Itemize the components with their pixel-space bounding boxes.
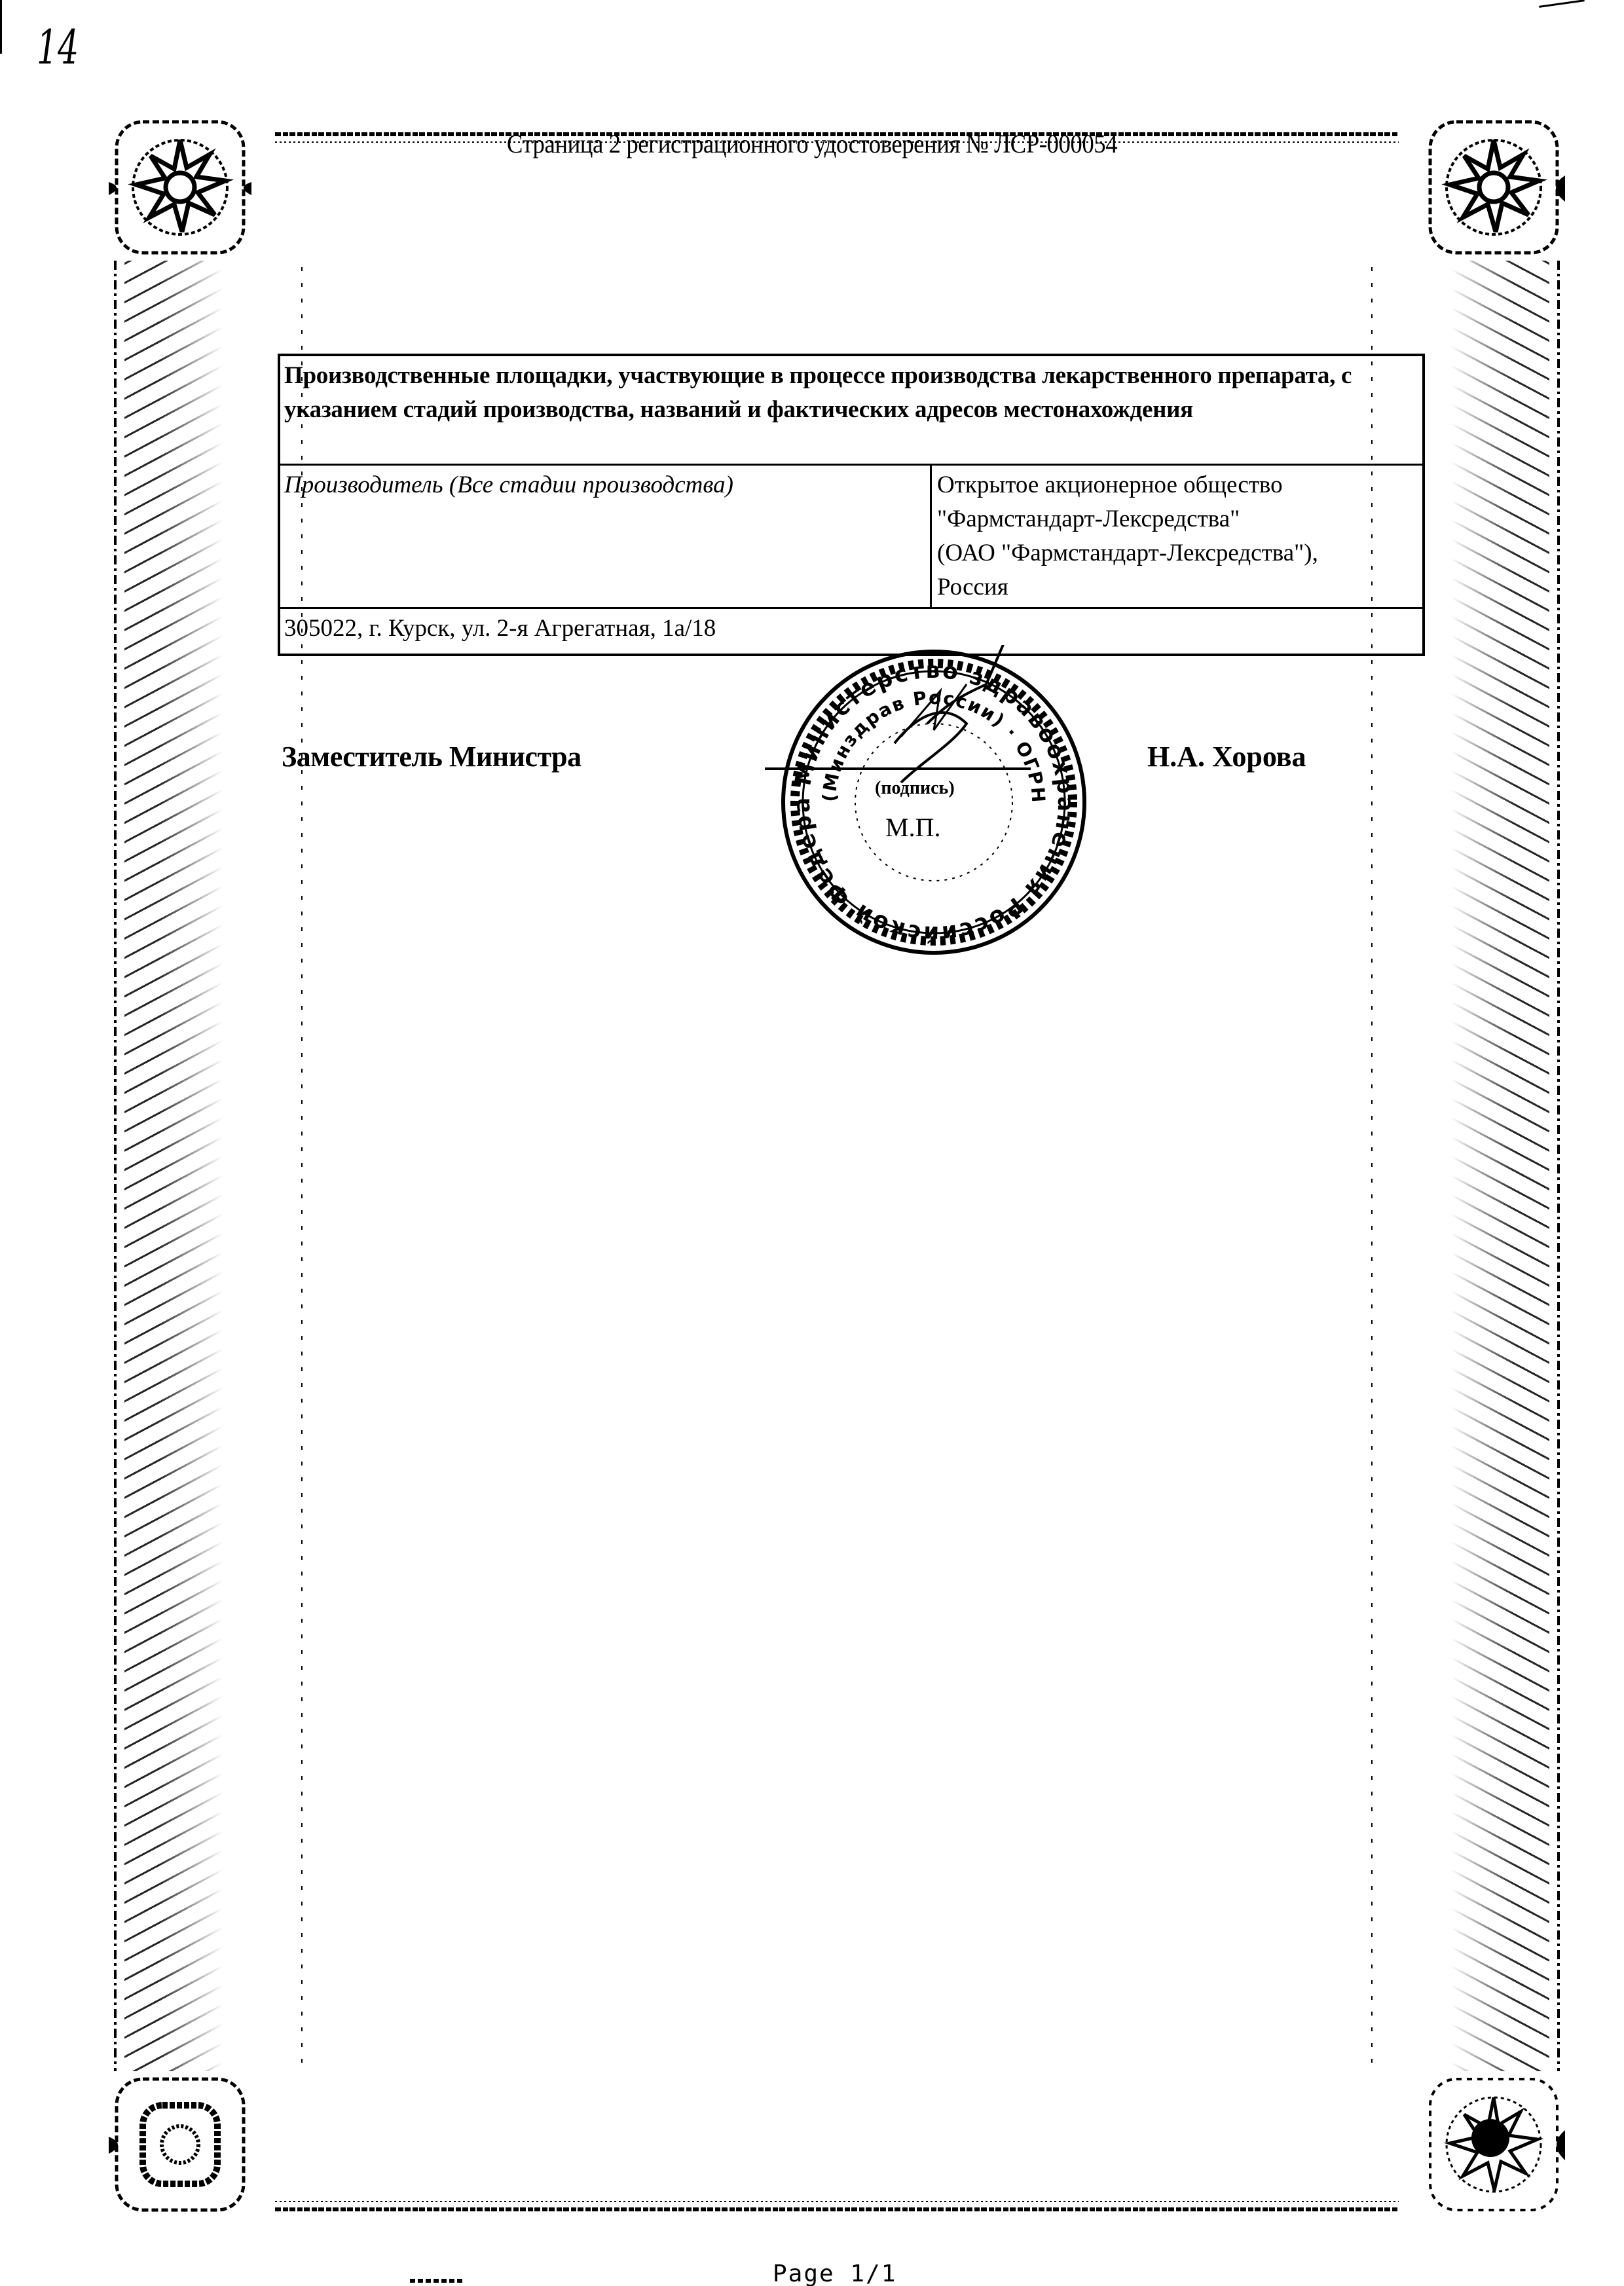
- page-title: Страница 2 регистрационного удостоверени…: [65, 128, 1559, 159]
- handwritten-page-number: 14: [37, 20, 79, 75]
- scan-edge-mark: [0, 0, 2, 54]
- frame-border-bottom-inner: [275, 2201, 1399, 2202]
- guilloche-pattern-right: [1451, 261, 1549, 2071]
- table-heading: Производственные площадки, участвующие в…: [279, 355, 1424, 465]
- signature-placeholder-label: (подпись): [875, 778, 955, 799]
- production-sites-table: Производственные площадки, участвующие в…: [278, 354, 1425, 656]
- corner-rosette-icon: [105, 2065, 255, 2228]
- signatory-title: Заместитель Министра: [282, 740, 581, 773]
- manufacturer-company: Открытое акционерное общество "Фармстанд…: [931, 465, 1424, 608]
- signatory-name: Н.А. Хорова: [1147, 740, 1306, 773]
- frame-border-right: [1557, 261, 1560, 2071]
- company-line: "Фармстандарт-Лексредства": [937, 502, 1418, 536]
- scan-edge-mark: [1539, 0, 1585, 8]
- guilloche-pattern-left: [124, 261, 223, 2071]
- frame-border-left: [114, 261, 117, 2071]
- stamp-placeholder-label: М.П.: [885, 812, 940, 843]
- page-footer: Page 1/1: [773, 2260, 896, 2286]
- table-row: Производитель (Все стадии производства) …: [279, 465, 1424, 608]
- company-line: Россия: [937, 570, 1418, 604]
- table-heading-row: Производственные площадки, участвующие в…: [279, 355, 1424, 465]
- manufacturer-role: Производитель (Все стадии производства): [279, 465, 931, 608]
- signature-line: [765, 767, 1031, 770]
- frame-border-bottom: [275, 2207, 1399, 2211]
- company-line: Открытое акционерное общество: [937, 468, 1418, 502]
- footer-scan-mark: [410, 2279, 462, 2283]
- official-seal-icon: Министерство здравоохранения Российской …: [770, 645, 1098, 959]
- company-line: (ОАО "Фармстандарт-Лексредства"),: [937, 536, 1418, 570]
- punch-hole-icon: [1471, 2119, 1509, 2157]
